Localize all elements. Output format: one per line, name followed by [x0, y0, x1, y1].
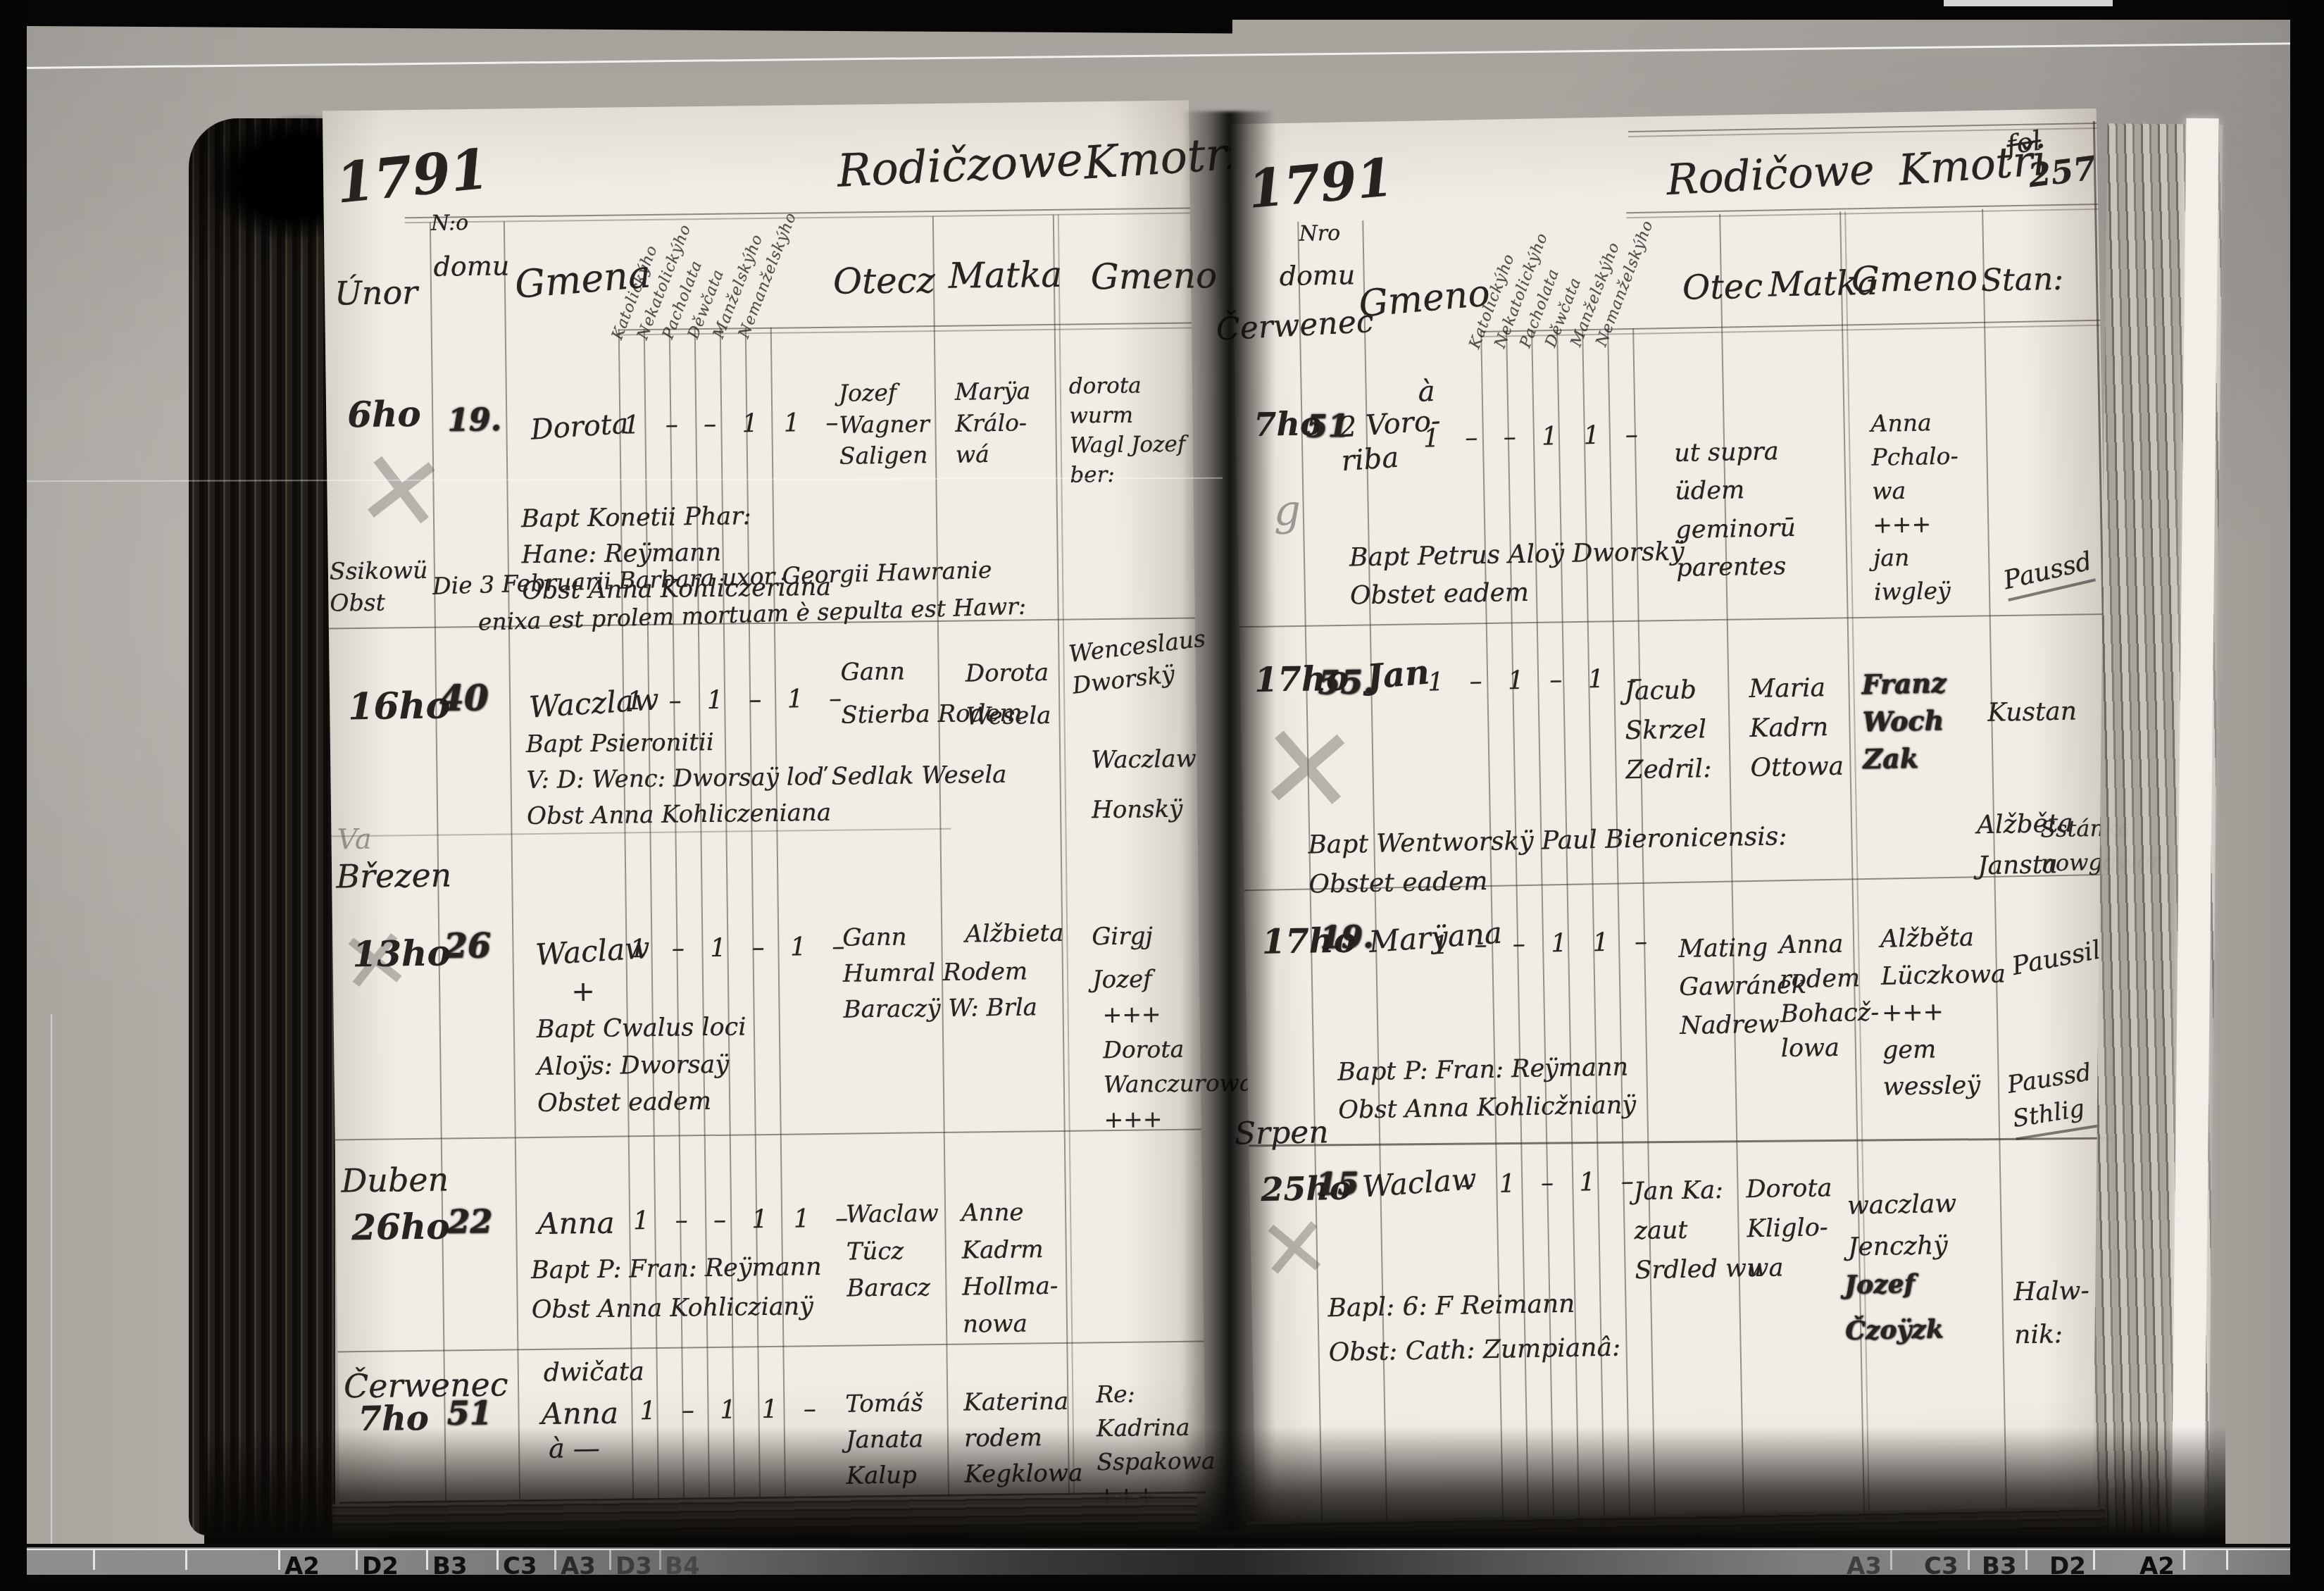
rp-e3-tally: 1 – – 1 1 – — [1432, 925, 1651, 963]
ruler-tick — [2226, 1550, 2228, 1570]
lp-section-mark: Va — [337, 821, 372, 859]
ruler-label: B3 — [1982, 1552, 2017, 1580]
ruler-label: D2 — [2049, 1552, 2086, 1580]
ruler-tick — [356, 1550, 358, 1570]
rp-e4-father: Jan Ka: zaut Srdled wu — [1633, 1170, 1763, 1290]
frame-right-bar — [2290, 0, 2324, 1591]
lp-e4-tally: 1 – – 1 1 – — [633, 1202, 852, 1239]
rp-e1-baptism-note: Bapt Petrus Aloÿ Dworskÿ Obstet eadem — [1349, 533, 1686, 616]
rp-header-father: Otec — [1682, 264, 1763, 311]
ruler-top-line — [25, 1549, 2293, 1550]
rp-e3-baptism-note: Bapt P: Fran: Reÿmann Obst Anna Kohlicžn… — [1337, 1048, 1637, 1130]
lp-e3-mother: Alžbieta — [965, 918, 1064, 952]
rp-header-house: domu — [1279, 257, 1356, 294]
ruler-tick — [93, 1550, 95, 1570]
ruler-label: C3 — [503, 1552, 537, 1580]
lp-header-father: Otecz — [833, 257, 936, 306]
rp-e4-godparent2: Jozef Čzoÿzk — [1844, 1261, 1944, 1354]
rp-e4-tally: – 1 – 1 – — [1461, 1165, 1637, 1202]
rp-e2-mother: Maria Kadrn Ottowa — [1749, 668, 1844, 788]
lp-e2-tally: 1 – 1 – 1 – — [627, 682, 846, 719]
lp-e2-house: 40 — [439, 674, 489, 722]
lp-e3-house: 26 — [444, 923, 492, 970]
rp-e3-godparent: Alžběta Lüczkowa +++ gem wessleÿ — [1880, 918, 2008, 1106]
lp-header-nro: N:o — [431, 209, 469, 238]
lp-year: 1791 — [332, 132, 492, 221]
lp-e4-father: Waclaw Tücz Baracz — [846, 1195, 939, 1308]
rp-header-child-name: Gmeno — [1357, 268, 1492, 329]
rule-line — [335, 1128, 1201, 1140]
rp-e4-house: 15 — [1316, 1163, 1359, 1206]
book-bottom-shadow — [204, 1427, 2225, 1544]
rp-e3-status: Paussil — [2009, 933, 2104, 984]
lp-e4-house: 22 — [447, 1199, 493, 1244]
rp-e4-mother: Dorota Kliglo- wa — [1746, 1168, 1834, 1288]
lp-e1-house: 19. — [447, 399, 501, 442]
rp-title-parents: Rodičowe — [1665, 142, 1875, 210]
right-page: 1791 Rodičowe Kmotři fol 257 Čerwenec Nr… — [1230, 108, 2123, 1540]
lp-e1-margin-note: Ssikowü Obst — [330, 555, 429, 619]
lp-e5-tally: 1 – 1 1 – — [639, 1392, 820, 1429]
lp-e4-child: Anna — [537, 1204, 615, 1244]
rp-e1-father-note: ut supra üdem geminorū parentes — [1674, 432, 1797, 587]
pencil-cross-mark: ✕ — [349, 426, 453, 559]
lp-e4-mother: Anne Kadrm Hollma- nowa — [961, 1194, 1058, 1343]
ruler-label: A2 — [285, 1552, 320, 1580]
rp-e1-status: Paussd — [2000, 545, 2096, 601]
lp-e4-section: Duben — [341, 1158, 449, 1203]
column-rule — [504, 221, 520, 1499]
rp-header-godparent: Gmeno — [1851, 254, 1978, 304]
ruler-tick — [554, 1550, 556, 1570]
ruler-tick — [278, 1550, 280, 1570]
rp-e3-house: 19. — [1319, 916, 1374, 959]
lp-e3-baptism-note: Bapt Cwalus loci Aloÿs: Dworsaÿ Obstet e… — [537, 1009, 748, 1122]
ruler-tick — [659, 1550, 661, 1570]
ruler-tick — [1890, 1550, 1892, 1570]
rp-e3-mother: Anna rodem Bohacž- lowa — [1779, 927, 1880, 1067]
rp-e4-godparent: waczlaw Jenczhÿ — [1847, 1183, 1957, 1269]
book-left-edge — [189, 118, 335, 1535]
ruler-tick — [1968, 1550, 1970, 1570]
lp-header-mother: Matka — [948, 251, 1062, 300]
ruler-tick — [185, 1550, 187, 1570]
lp-e3-section: Březen — [336, 853, 452, 898]
ruler-tick — [2025, 1550, 2028, 1570]
ruler-label: B3 — [432, 1552, 468, 1580]
lp-e3-date: 13ho — [352, 929, 451, 978]
lp-e5-prechild: dwičata — [544, 1355, 645, 1390]
lp-e3-tally: 1 – 1 – 1 – — [630, 930, 849, 967]
lp-e1-godparent: dorota wurm Wagl Jozef ber: — [1069, 371, 1194, 491]
lp-e1-mother: Marÿa Králo- wá — [955, 375, 1032, 470]
lp-e1-father: Jozef Wagner Saligen — [839, 377, 930, 472]
film-edge-sliver — [1944, 0, 2113, 6]
ruler-label: A3 — [561, 1552, 596, 1580]
lp-e4-baptism-note: Bapt P: Fran: Reÿmann Obst Anna Kohliczi… — [531, 1247, 823, 1330]
film-scratch-line — [51, 1014, 52, 1549]
lp-e4-date: 26ho — [351, 1203, 450, 1252]
ruler-label: D3 — [616, 1552, 652, 1580]
lp-e3-child-mark: + — [571, 973, 595, 1011]
left-page: 1791 Rodičzowe Kmotrze Únor N:o domu Gme… — [323, 101, 1206, 1509]
frame-left-bar — [0, 0, 27, 1591]
lp-e1-tally: 1 – – 1 1 – — [623, 406, 842, 443]
lp-e1-child: Dorota — [530, 405, 630, 449]
film-ruler: A2 D2 B3 C3 A3 D3 B4 A3 C3 B3 D2 A2 — [25, 1544, 2293, 1582]
ruler-tick — [609, 1550, 611, 1570]
lp-header-house: domu — [433, 248, 509, 285]
lp-e2-date: 16ho — [348, 681, 451, 732]
ruler-label: D2 — [362, 1552, 399, 1580]
rp-e2-godparent: Franz Woch Zak — [1861, 664, 1948, 778]
book-gutter — [1182, 111, 1275, 1531]
ruler-tick — [426, 1550, 428, 1570]
ruler-label: A2 — [2139, 1552, 2175, 1580]
microfilm-frame: 1791 Rodičzowe Kmotrze Únor N:o domu Gme… — [0, 0, 2324, 1591]
ruler-label: B4 — [665, 1552, 700, 1580]
rp-header-status: Stan: — [1980, 258, 2063, 302]
rp-e2-father: Jacub Skrzel Zedril: — [1624, 670, 1712, 790]
ruler-label: C3 — [1924, 1552, 1958, 1580]
rp-header-nro: Nro — [1299, 220, 1340, 249]
ruler-tick — [2093, 1550, 2095, 1570]
rp-e1-godparent: Anna Pchalo- wa +++ jan iwgleÿ — [1870, 406, 1961, 609]
ruler-label: A3 — [1847, 1552, 1882, 1580]
rp-e2-tally: 1 – 1 – 1 – — [1427, 662, 1647, 700]
lp-header-month: Únor — [335, 270, 418, 316]
lp-title-parents: Rodičzowe — [836, 130, 1085, 202]
rp-folio-number: 257 — [2026, 146, 2099, 197]
lp-e2-baptism-note: Bapt Psieronitii V: D: Wenc: Dworsaÿ loď… — [526, 721, 1008, 835]
rp-e3-status2: Paussd Sthlig — [2005, 1055, 2100, 1140]
rp-e2-baptism-note: Bapt Wentworskÿ Paul Bieronicensis: Obst… — [1308, 817, 1788, 904]
rp-e2-godparent2: Kustan — [1987, 695, 2078, 731]
ruler-tick — [2183, 1550, 2185, 1570]
rp-e1-pencil-mark: g — [1273, 482, 1301, 540]
rp-e4-status: Halw- nik: — [2013, 1269, 2091, 1356]
ruler-tick — [496, 1550, 499, 1570]
rp-e2-child: Jan — [1365, 649, 1431, 700]
lp-e3-godparent: Girgj Jozef — [1092, 915, 1154, 1002]
rp-e1-tally: 1 – – 1 1 – — [1423, 418, 1642, 456]
rp-e4-baptism-note: Bapl: 6: F Reimann Obst: Cath: Zumpianâ: — [1327, 1281, 1621, 1375]
rule-line — [337, 1340, 1204, 1352]
